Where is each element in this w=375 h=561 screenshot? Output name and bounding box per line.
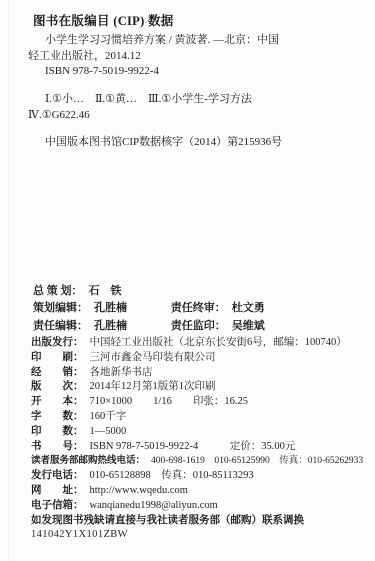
staff-label: 策划编辑： xyxy=(33,302,88,314)
pub-label: 印 数： xyxy=(31,426,84,437)
staff-label: 责任编辑： xyxy=(33,320,88,332)
pub-row-reader-hotline: 读者服务部邮购热线电话：400-698-1619 010-65125990 传真… xyxy=(31,454,371,469)
pub-label: 经 销： xyxy=(31,367,84,378)
pub-value: 160千字 xyxy=(90,411,127,422)
pub-value: 三河市鑫金马印装有限公司 xyxy=(90,352,216,363)
pub-label: 印 刷： xyxy=(31,352,84,363)
pub-value: 2014年12月第1版第1次印刷 xyxy=(90,381,216,392)
pub-label: 书 号： xyxy=(31,441,84,452)
pub-label: 版 次： xyxy=(31,381,84,392)
pub-value: 中国轻工业出版社（北京东长安街6号，邮编：100740） xyxy=(90,337,347,348)
pub-row-publisher: 出版发行：中国轻工业出版社（北京东长安街6号，邮编：100740） xyxy=(31,336,371,351)
staff-name: 孔胜楠 xyxy=(94,320,127,332)
pub-value: 各地新华书店 xyxy=(90,367,153,378)
publishing-info: 出版发行：中国轻工业出版社（北京东长安街6号，邮编：100740） 印 刷：三河… xyxy=(31,336,371,543)
staff-label: 责任监印： xyxy=(171,320,226,332)
pub-value: 400-698-1619 010-65125990 传真：010-6526293… xyxy=(151,456,363,466)
copyright-page: 图书在版编目 (CIP) 数据 小学生学习习惯培养方案 / 黄波著. —北京：中… xyxy=(0,0,375,561)
pub-value: ISBN 978-7-5019-9922-4 定价：35.00元 xyxy=(90,441,296,452)
pub-label: 发行电话： xyxy=(31,470,84,481)
cip-class-line-1: Ⅰ.①小… Ⅱ.①黄… Ⅲ.①小学生-学习方法 xyxy=(28,92,252,108)
pub-row-sales-phone: 发行电话：010-65128898 传真：010-85113293 xyxy=(31,469,371,484)
pub-label: 出版发行： xyxy=(31,337,84,348)
pub-value: http://www.wqedu.com xyxy=(90,485,188,496)
pub-row-website: 网 址：http://www.wqedu.com xyxy=(31,484,371,499)
staff-label: 责任终审： xyxy=(171,302,226,314)
staff-name: 孔胜楠 xyxy=(94,302,127,314)
staff-label: 总 策 划： xyxy=(33,285,83,297)
pub-label: 字 数： xyxy=(31,411,84,422)
pub-row-format: 开 本：710×1000 1/16 印张：16.25 xyxy=(31,395,371,410)
pub-row-isbn-price: 书 号：ISBN 978-7-5019-9922-4 定价：35.00元 xyxy=(31,440,371,455)
cip-entry-line-1: 小学生学习习惯培养方案 / 黄波著. —北京：中国 xyxy=(28,33,279,49)
pub-label: 网 址： xyxy=(31,485,84,496)
cip-class-line-2: Ⅳ.①G622.46 xyxy=(28,108,252,124)
cip-isbn-line: ISBN 978-7-5019-9922-4 xyxy=(28,64,279,80)
pub-label: 开 本： xyxy=(31,396,84,407)
cip-heading: 图书在版编目 (CIP) 数据 xyxy=(33,11,174,29)
pub-row-printer: 印 刷：三河市鑫金马印装有限公司 xyxy=(31,351,371,366)
pub-value: 010-65128898 传真：010-85113293 xyxy=(90,470,254,481)
staff-row-responsible-editor: 责任编辑：孔胜楠 责任监印：吴维斌 xyxy=(33,318,265,335)
pub-value: 1—5000 xyxy=(90,426,127,437)
print-batch-code: 141042Y1X101ZBW xyxy=(31,528,371,543)
cip-record-line: 中国版本图书馆CIP数据核字（2014）第215936号 xyxy=(45,133,282,149)
cip-classification-block: Ⅰ.①小… Ⅱ.①黄… Ⅲ.①小学生-学习方法 Ⅳ.①G622.46 xyxy=(28,92,252,123)
staff-name: 石 铁 xyxy=(89,285,122,297)
cip-entry-block: 小学生学习习惯培养方案 / 黄波著. —北京：中国 轻工业出版社，2014.12… xyxy=(28,33,279,80)
staff-row-planning-editor: 策划编辑：孔胜楠 责任终审：杜文勇 xyxy=(33,300,265,317)
pub-row-print-run: 印 数：1—5000 xyxy=(31,425,371,440)
cip-entry-line-2: 轻工业出版社，2014.12 xyxy=(28,49,279,65)
pub-value: wanqianedu1998@aliyun.com xyxy=(90,500,218,511)
pub-row-word-count: 字 数：160千字 xyxy=(31,410,371,425)
pub-label: 读者服务部邮购热线电话： xyxy=(31,456,145,466)
pub-row-email: 电子信箱：wanqianedu1998@aliyun.com xyxy=(31,499,371,514)
pub-row-distributor: 经 销：各地新华书店 xyxy=(31,366,371,381)
pub-value: 710×1000 1/16 印张：16.25 xyxy=(90,396,248,407)
pub-label: 电子信箱： xyxy=(31,500,84,511)
staff-name: 吴维斌 xyxy=(232,320,265,332)
staff-credits: 总 策 划：石 铁 策划编辑：孔胜楠 责任终审：杜文勇 责任编辑：孔胜楠 责任监… xyxy=(33,283,265,335)
pub-row-edition: 版 次：2014年12月第1版第1次印刷 xyxy=(31,380,371,395)
staff-row-chief-planner: 总 策 划：石 铁 xyxy=(33,283,265,300)
scan-edge-line xyxy=(8,0,9,561)
defect-exchange-notice: 如发现图书残缺请直接与我社读者服务部（邮购）联系调换 xyxy=(31,514,371,529)
staff-name: 杜文勇 xyxy=(232,302,265,314)
